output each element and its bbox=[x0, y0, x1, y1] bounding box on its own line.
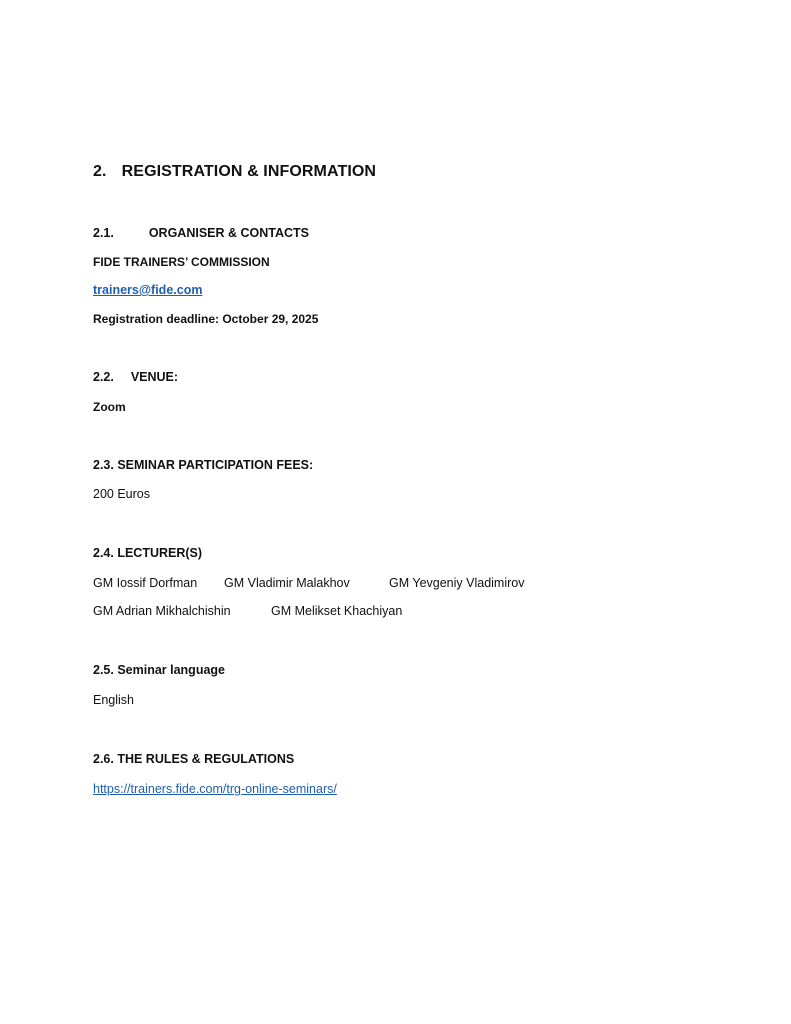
rules-heading: 2.6. THE RULES & REGULATIONS bbox=[93, 752, 294, 766]
venue-heading: 2.2. VENUE: bbox=[93, 370, 178, 384]
section-heading: 2. REGISTRATION & INFORMATION bbox=[93, 163, 376, 181]
section-title: REGISTRATION & INFORMATION bbox=[122, 163, 376, 180]
lecturers-heading: 2.4. LECTURER(S) bbox=[93, 546, 202, 560]
organiser-number: 2.1. bbox=[93, 226, 114, 240]
lecturer-name: GM Yevgeniy Vladimirov bbox=[389, 576, 524, 590]
language-heading: 2.5. Seminar language bbox=[93, 663, 225, 677]
organiser-name: FIDE TRAINERS’ COMMISSION bbox=[93, 255, 270, 269]
fees-heading: 2.3. SEMINAR PARTICIPATION FEES: bbox=[93, 458, 313, 472]
venue-value: Zoom bbox=[93, 400, 126, 414]
lecturer-name: GM Melikset Khachiyan bbox=[271, 604, 402, 618]
lecturer-name: GM Vladimir Malakhov bbox=[224, 576, 350, 590]
fees-value: 200 Euros bbox=[93, 487, 150, 501]
email-link[interactable]: trainers@fide.com bbox=[93, 283, 202, 297]
language-value: English bbox=[93, 693, 134, 707]
section-number: 2. bbox=[93, 163, 107, 180]
venue-number: 2.2. bbox=[93, 370, 114, 384]
rules-link[interactable]: https://trainers.fide.com/trg-online-sem… bbox=[93, 782, 337, 796]
registration-deadline: Registration deadline: October 29, 2025 bbox=[93, 312, 318, 326]
organiser-title: ORGANISER & CONTACTS bbox=[149, 226, 309, 240]
document-page: 2. REGISTRATION & INFORMATION 2.1. ORGAN… bbox=[0, 0, 791, 1024]
lecturer-name: GM Iossif Dorfman bbox=[93, 576, 197, 590]
lecturer-name: GM Adrian Mikhalchishin bbox=[93, 604, 231, 618]
organiser-heading: 2.1. ORGANISER & CONTACTS bbox=[93, 226, 309, 240]
venue-title: VENUE: bbox=[131, 370, 178, 384]
